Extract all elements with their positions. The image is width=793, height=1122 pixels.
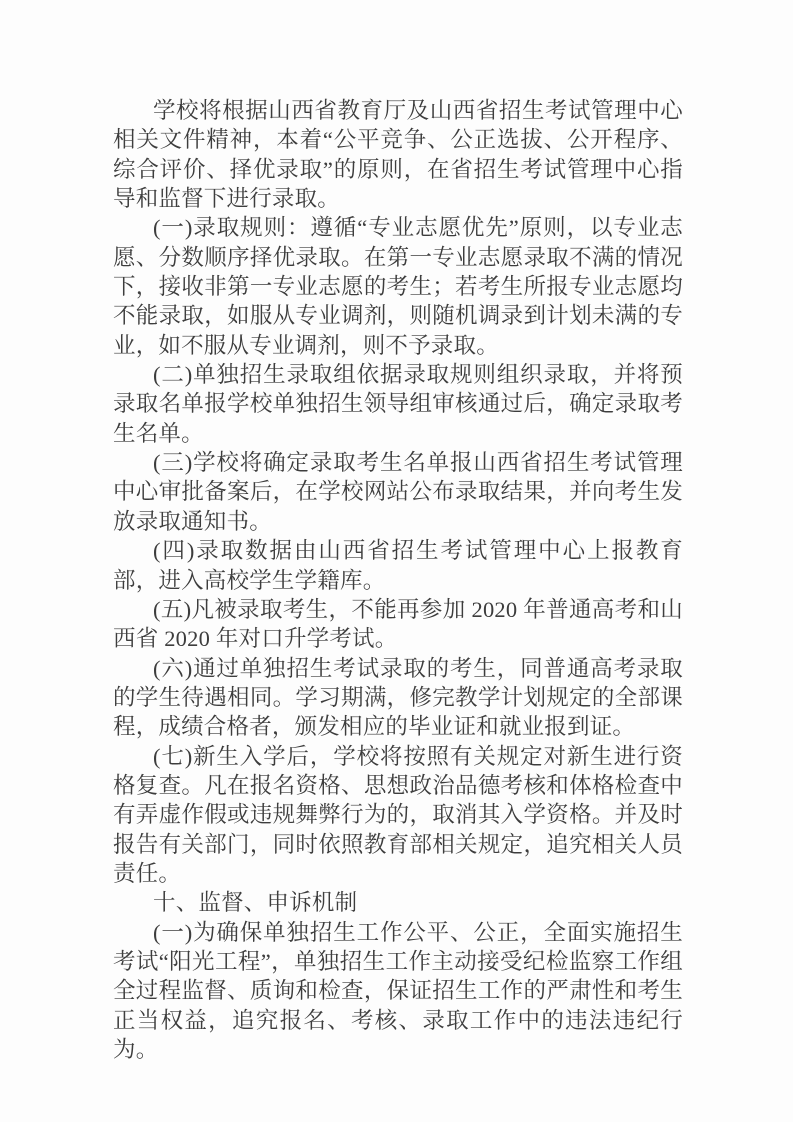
paragraph: (六)通过单独招生考试录取的考生，同普通高考录取的学生待遇相同。学习期满，修完教… [113,654,683,742]
paragraph: 学校将根据山西省教育厅及山西省招生考试管理中心相关文件精神，本着“公平竞争、公正… [113,96,683,213]
paragraph: (二)单独招生录取组依据录取规则组织录取，并将预录取名单报学校单独招生领导组审核… [113,360,683,448]
paragraph: (四)录取数据由山西省招生考试管理中心上报教育部，进入高校学生学籍库。 [113,536,683,595]
paragraph: (五)凡被录取考生，不能再参加 2020 年普通高考和山西省 2020 年对口升… [113,595,683,654]
paragraph: (七)新生入学后，学校将按照有关规定对新生进行资格复查。凡在报名资格、思想政治品… [113,742,683,889]
document-text-block: 学校将根据山西省教育厅及山西省招生考试管理中心相关文件精神，本着“公平竞争、公正… [113,96,683,1064]
paragraph: (一)为确保单独招生工作公平、公正，全面实施招生考试“阳光工程”，单独招生工作主… [113,918,683,1065]
section-heading: 十、监督、申诉机制 [113,888,683,917]
paragraph: (一)录取规则：遵循“专业志愿优先”原则，以专业志愿、分数顺序择优录取。在第一专… [113,213,683,360]
paragraph: (三)学校将确定录取考生名单报山西省招生考试管理中心审批备案后，在学校网站公布录… [113,448,683,536]
document-page: 学校将根据山西省教育厅及山西省招生考试管理中心相关文件精神，本着“公平竞争、公正… [0,0,793,1122]
